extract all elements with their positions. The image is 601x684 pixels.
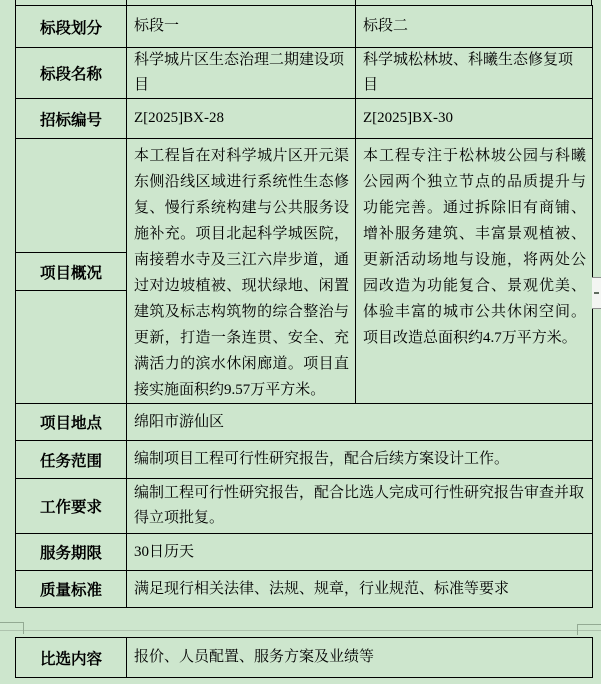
value-section-one[interactable]: 标段一 (127, 6, 356, 48)
value-quality-standard[interactable]: 满足现行相关法律、法规、规章，行业规范、标准等要求 (127, 571, 593, 608)
label-project-overview[interactable]: 项目概况 (16, 253, 126, 291)
table-row-service-period: 服务期限 30日历天 (16, 534, 593, 571)
comparison-content-table: 比选内容 报价、人员配置、服务方案及业绩等 (15, 637, 593, 678)
table-row-section-name: 标段名称 科学城片区生态治理二期建设项目 科学城松林坡、科曦生态修复项目 (16, 48, 593, 99)
label-section-division[interactable]: 标段划分 (16, 6, 127, 48)
value-section-one-name[interactable]: 科学城片区生态治理二期建设项目 (127, 48, 356, 99)
label-quality-standard[interactable]: 质量标准 (16, 571, 127, 608)
label-service-period[interactable]: 服务期限 (16, 534, 127, 571)
page-corner-mark-left-vertical (23, 622, 24, 634)
table-row-tender-number: 招标编号 Z[2025]BX-28 Z[2025]BX-30 (16, 99, 593, 139)
value-service-period[interactable]: 30日历天 (127, 534, 593, 571)
table-row-project-overview: 项目概况 本工程旨在对科学城片区开元渠东侧沿线区域进行系统性生态修复、慢行系统构… (16, 139, 593, 404)
value-comparison-content[interactable]: 报价、人员配置、服务方案及业绩等 (127, 638, 593, 678)
page-corner-mark-left (0, 622, 24, 623)
label-section-name[interactable]: 标段名称 (16, 48, 127, 99)
label-work-requirements[interactable]: 工作要求 (16, 479, 127, 534)
label-spacer-top (16, 139, 126, 253)
value-tender-number-two[interactable]: Z[2025]BX-30 (356, 99, 593, 139)
label-comparison-content[interactable]: 比选内容 (16, 638, 127, 678)
page-corner-mark-right (577, 624, 601, 625)
value-tender-number-one[interactable]: Z[2025]BX-28 (127, 99, 356, 139)
value-work-requirements[interactable]: 编制工程可行性研究报告，配合比选人完成可行性研究报告审查并取得立项批复。 (127, 479, 593, 534)
value-overview-section-one[interactable]: 本工程旨在对科学城片区开元渠东侧沿线区域进行系统性生态修复、慢行系统构建与公共服… (127, 139, 356, 404)
label-tender-number[interactable]: 招标编号 (16, 99, 127, 139)
label-project-location[interactable]: 项目地点 (16, 404, 127, 441)
value-section-two-name[interactable]: 科学城松林坡、科曦生态修复项目 (356, 48, 593, 99)
document-page: 标段划分 标段一 标段二 标段名称 科学城片区生态治理二期建设项目 科学城松林坡… (0, 0, 601, 684)
page-corner-mark-right-vertical (577, 624, 578, 635)
table-row-task-scope: 任务范围 编制项目工程可行性研究报告，配合后续方案设计工作。 (16, 441, 593, 479)
label-task-scope[interactable]: 任务范围 (16, 441, 127, 479)
bid-info-table: 标段划分 标段一 标段二 标段名称 科学城片区生态治理二期建设项目 科学城松林坡… (15, 5, 593, 608)
table-row-quality-standard: 质量标准 满足现行相关法律、法规、规章，行业规范、标准等要求 (16, 571, 593, 608)
table-row-comparison-content: 比选内容 报价、人员配置、服务方案及业绩等 (16, 638, 593, 678)
value-section-two[interactable]: 标段二 (356, 6, 593, 48)
table-row-work-requirements: 工作要求 编制工程可行性研究报告，配合比选人完成可行性研究报告审查并取得立项批复… (16, 479, 593, 534)
value-overview-section-two[interactable]: 本工程专注于松林坡公园与科曦公园两个独立节点的品质提升与功能完善。通过拆除旧有商… (356, 139, 593, 404)
table-row-project-location: 项目地点 绵阳市游仙区 (16, 404, 593, 441)
value-project-location[interactable]: 绵阳市游仙区 (127, 404, 593, 441)
page-break-line (0, 630, 601, 631)
scrollbar-thumb[interactable] (592, 277, 601, 309)
label-project-overview-cell: 项目概况 (16, 139, 127, 404)
value-task-scope[interactable]: 编制项目工程可行性研究报告，配合后续方案设计工作。 (127, 441, 593, 479)
scrollbar-grip-icon (594, 292, 599, 294)
table-row-section-division: 标段划分 标段一 标段二 (16, 6, 593, 48)
